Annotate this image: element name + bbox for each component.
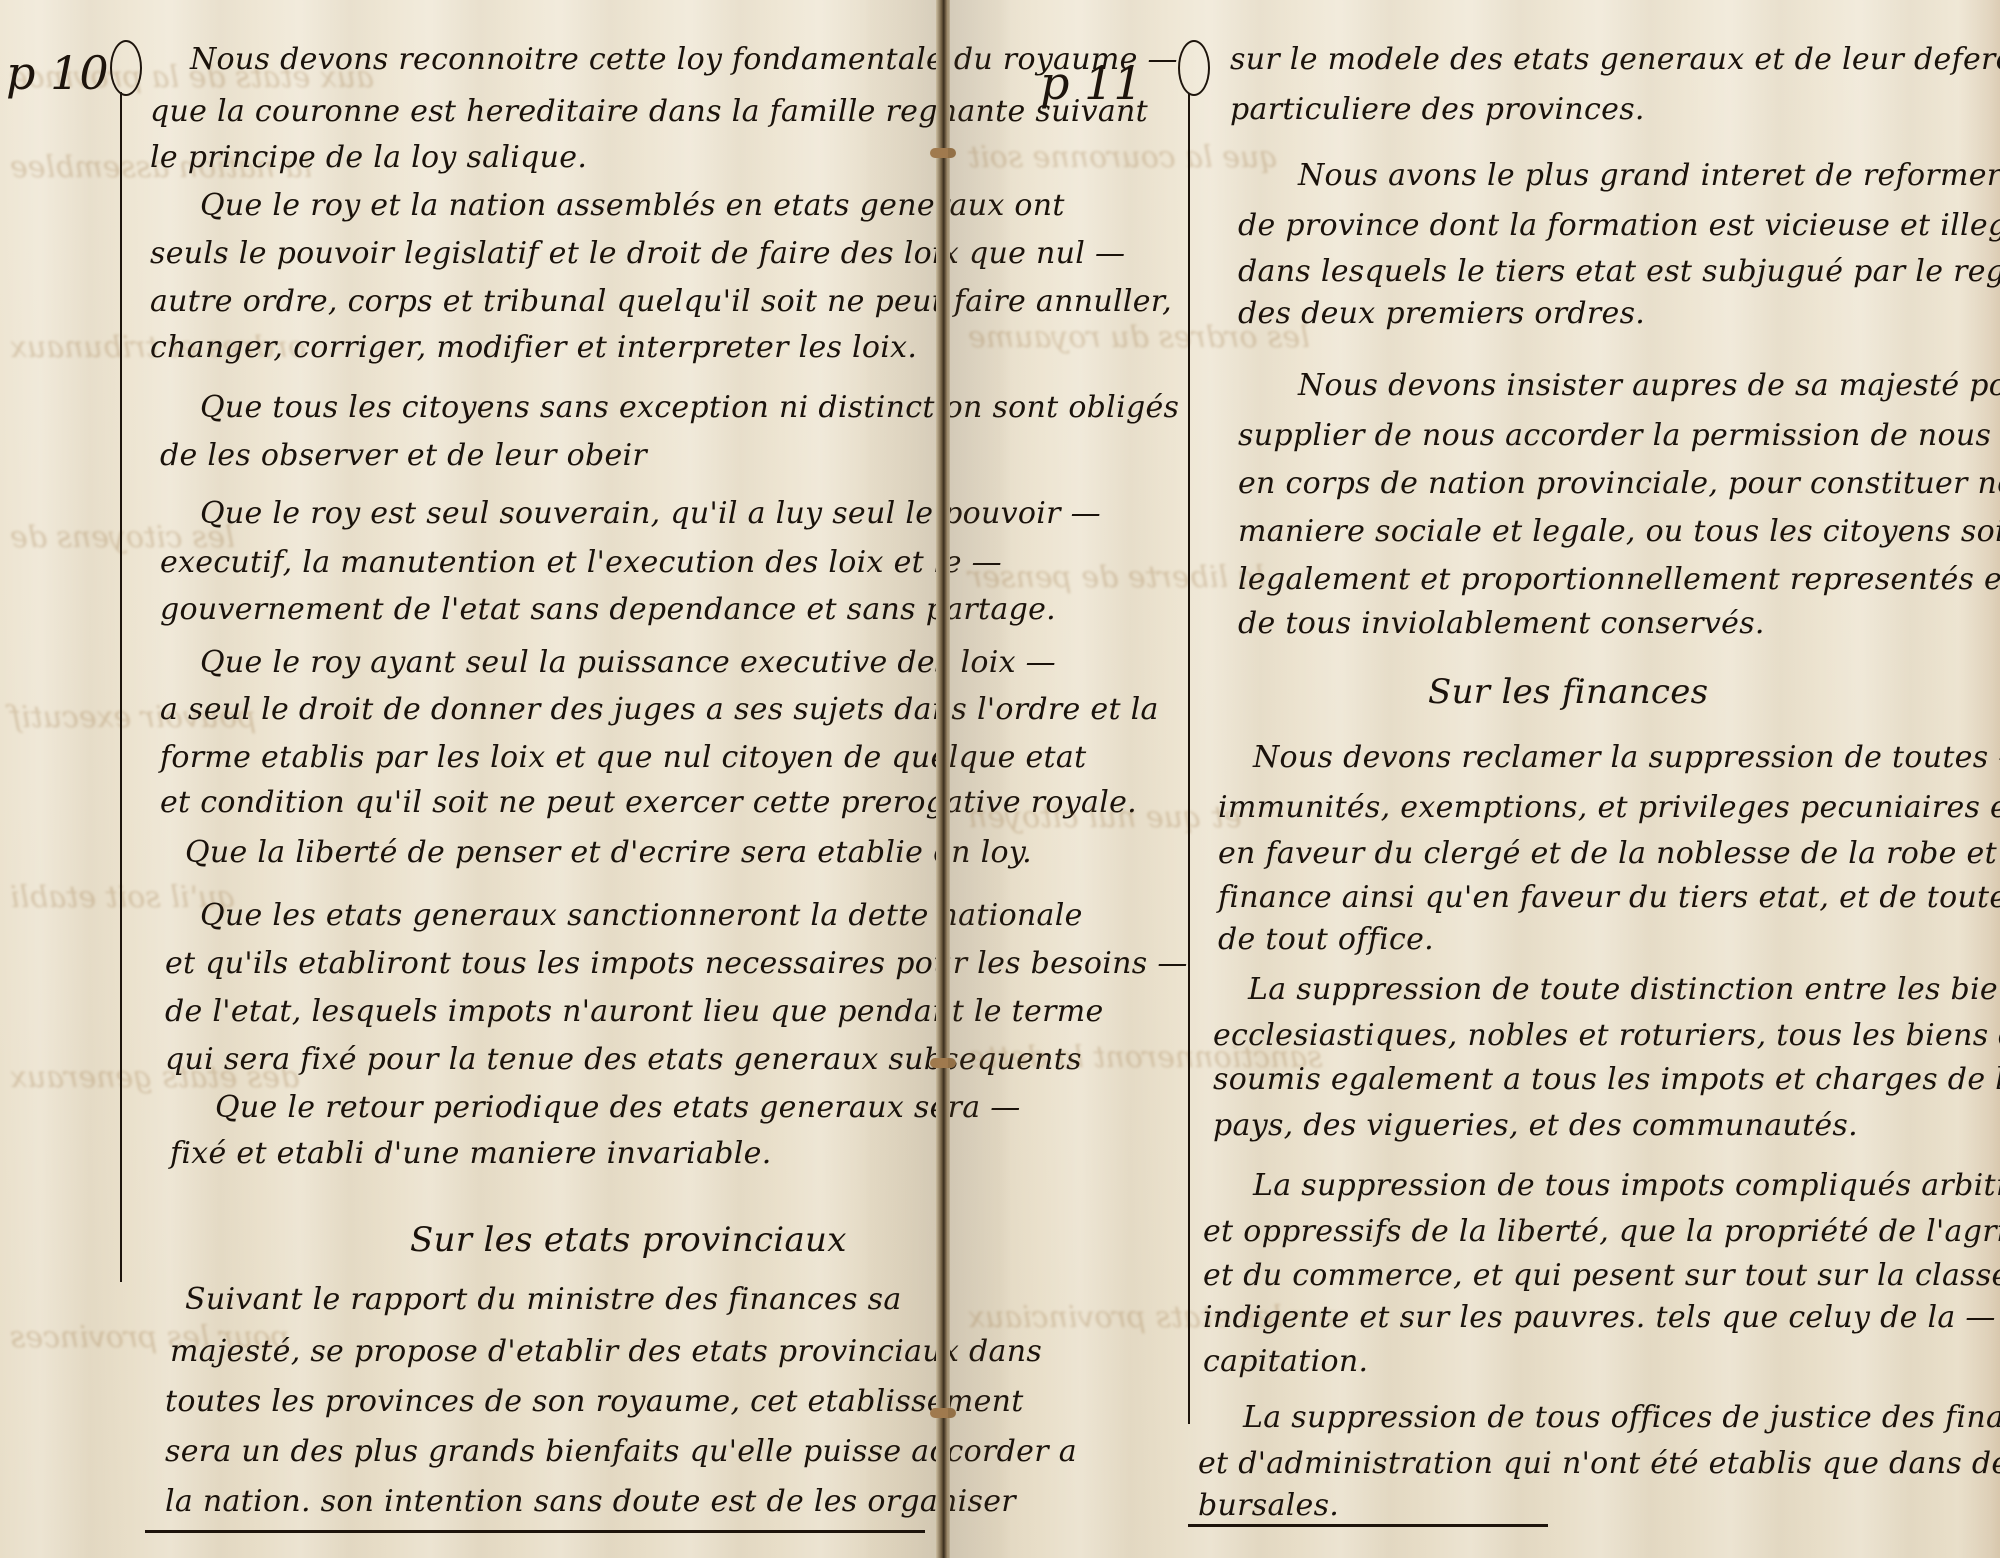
margin-bracket-knot bbox=[110, 40, 142, 96]
text-line: immunités, exemptions, et privileges pec… bbox=[1218, 790, 2000, 825]
text-line: de les observer et de leur obeir bbox=[160, 438, 647, 473]
text-line: Que la liberté de penser et d'ecrire ser… bbox=[185, 835, 1032, 870]
text-line: fixé et etabli d'une maniere invariable. bbox=[170, 1136, 772, 1171]
text-line: pays, des vigueries, et des communautés. bbox=[1213, 1108, 1858, 1143]
page-end-line bbox=[1188, 1524, 1548, 1527]
text-line: indigente et sur les pauvres. tels que c… bbox=[1203, 1300, 1996, 1335]
text-line: finance ainsi qu'en faveur du tiers etat… bbox=[1218, 880, 2000, 915]
text-line: La suppression de tous impots compliqués… bbox=[1253, 1168, 2000, 1203]
margin-bracket-line bbox=[1188, 94, 1190, 1424]
text-line: en faveur du clergé et de la noblesse de… bbox=[1218, 836, 2000, 871]
text-line: Nous avons le plus grand interet de refo… bbox=[1298, 158, 2000, 193]
text-line: Que le retour periodique des etats gener… bbox=[215, 1090, 1021, 1125]
text-line: de province dont la formation est vicieu… bbox=[1238, 208, 2000, 243]
text-line: soumis egalement a tous les impots et ch… bbox=[1213, 1062, 2000, 1097]
text-line: gouvernement de l'etat sans dependance e… bbox=[160, 592, 1056, 627]
text-line: Nous devons insister aupres de sa majest… bbox=[1298, 368, 2000, 403]
text-line: et oppressifs de la liberté, que la prop… bbox=[1203, 1214, 2000, 1249]
right-page: que la couronne soit les ordres du royau… bbox=[948, 0, 2000, 1558]
text-line: majesté, se propose d'etablir des etats … bbox=[170, 1334, 1042, 1369]
text-line: bursales. bbox=[1198, 1488, 1339, 1523]
text-line: maniere sociale et legale, ou tous les c… bbox=[1238, 514, 2000, 549]
text-line: particuliere des provinces. bbox=[1230, 92, 1645, 127]
section-heading: Sur les finances bbox=[1428, 672, 1708, 712]
text-line: legalement et proportionnellement repres… bbox=[1238, 562, 2000, 597]
text-line: et du commerce, et qui pesent sur tout s… bbox=[1203, 1258, 2000, 1293]
text-line: supplier de nous accorder la permission … bbox=[1238, 418, 2000, 453]
text-line: de tous inviolablement conservés. bbox=[1238, 606, 1765, 641]
manuscript-spread: aux etats de la province la nation assem… bbox=[0, 0, 2000, 1558]
text-line: Que le roy ayant seul la puissance execu… bbox=[200, 645, 1056, 680]
text-line: executif, la manutention et l'execution … bbox=[160, 545, 1002, 580]
text-line: toutes les provinces de son royaume, cet… bbox=[165, 1384, 1024, 1419]
text-line: La suppression de tous offices de justic… bbox=[1243, 1400, 2000, 1435]
page-end-line bbox=[145, 1530, 925, 1533]
text-line: des deux premiers ordres. bbox=[1238, 296, 1645, 331]
folio-number: p 11 bbox=[1040, 56, 1143, 110]
text-line: changer, corriger, modifier et interpret… bbox=[150, 330, 917, 365]
bleed-through-text: et que nul citoyen bbox=[968, 800, 1241, 835]
text-line: ecclesiastiques, nobles et roturiers, to… bbox=[1213, 1018, 2000, 1053]
text-line: en corps de nation provinciale, pour con… bbox=[1238, 466, 2000, 501]
text-line: capitation. bbox=[1203, 1344, 1368, 1379]
text-line: sur le modele des etats generaux et de l… bbox=[1230, 42, 2000, 77]
bleed-through-text: la liberte de penser bbox=[968, 560, 1265, 595]
text-line: dans lesquels le tiers etat est subjugué… bbox=[1238, 254, 2000, 289]
margin-bracket-line bbox=[120, 92, 122, 1282]
text-line: la nation. son intention sans doute est … bbox=[165, 1484, 1016, 1519]
text-line: le principe de la loy salique. bbox=[150, 140, 587, 175]
text-line: Nous devons reclamer la suppression de t… bbox=[1253, 740, 2000, 775]
left-page: aux etats de la province la nation assem… bbox=[0, 0, 940, 1558]
text-line: de tout office. bbox=[1218, 922, 1434, 957]
text-line: et d'administration qui n'ont été etabli… bbox=[1198, 1446, 2000, 1481]
margin-bracket-knot bbox=[1178, 40, 1210, 96]
folio-number: p 10 bbox=[6, 46, 109, 100]
section-heading: Sur les etats provinciaux bbox=[410, 1220, 847, 1260]
bleed-through-text: que la couronne soit bbox=[968, 140, 1278, 175]
text-line: Suivant le rapport du ministre des finan… bbox=[185, 1282, 902, 1317]
text-line: La suppression de toute distinction entr… bbox=[1248, 972, 2000, 1007]
